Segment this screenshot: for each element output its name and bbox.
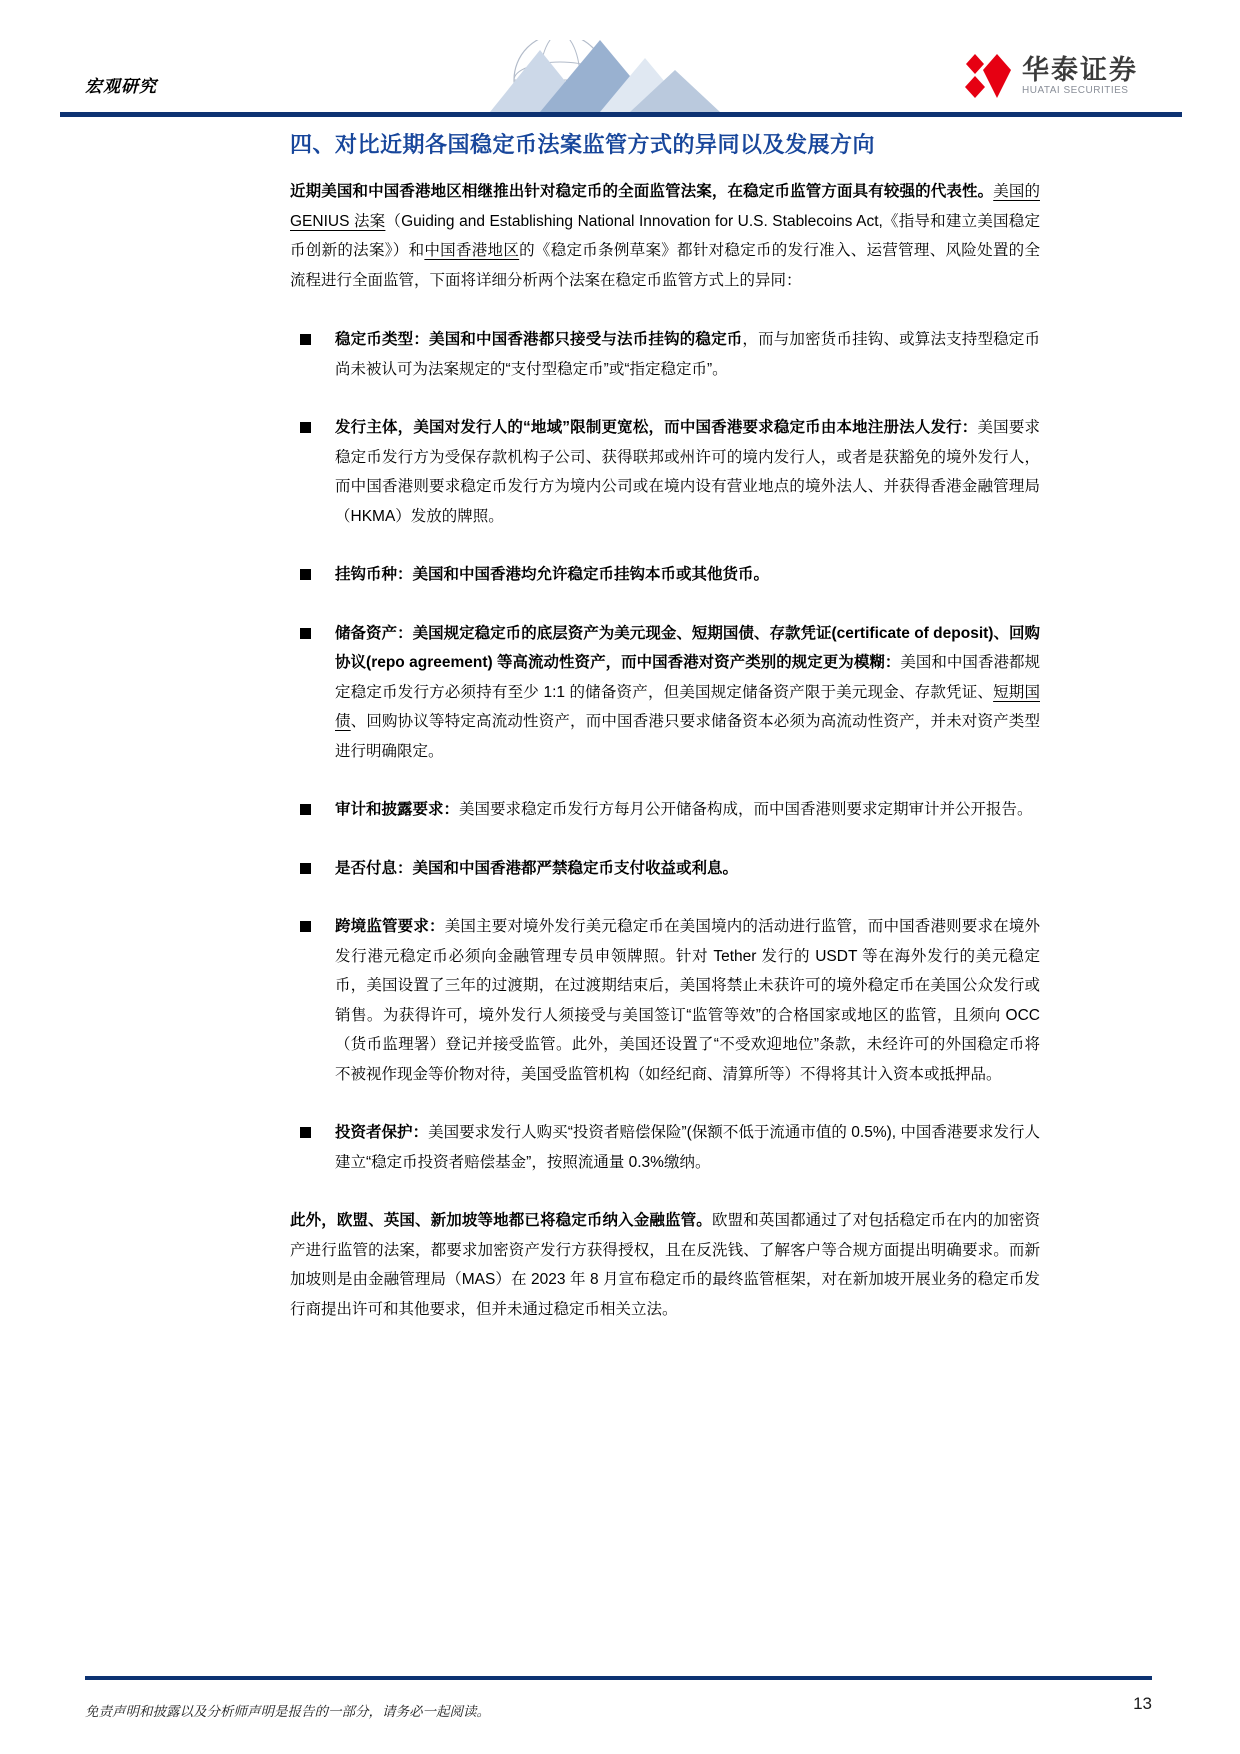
bullet-head: 稳定币类型：美国和中国香港都只接受与法币挂钩的稳定币 xyxy=(335,331,742,348)
closing-lead-bold: 此外，欧盟、英国、新加坡等地都已将稳定币纳入金融监管。 xyxy=(290,1212,712,1229)
intro-lead-bold: 近期美国和中国香港地区相继推出针对稳定币的全面监管法案，在稳定币监管方面具有较强… xyxy=(290,183,993,200)
bullet-head: 审计和披露要求： xyxy=(335,801,459,818)
bullet-square-icon xyxy=(300,628,311,639)
brand-text: 华泰证券 HUATAI SECURITIES xyxy=(1022,56,1138,95)
bullet-body-part2: 、回购协议等特定高流动性资产，而中国香港只要求储备资本必须为高流动性资产，并未对… xyxy=(335,713,1040,760)
closing-paragraph: 此外，欧盟、英国、新加坡等地都已将稳定币纳入金融监管。欧盟和英国都通过了对包括稳… xyxy=(290,1206,1040,1324)
bullet-square-icon xyxy=(300,1127,311,1138)
report-category-label: 宏观研究 xyxy=(85,72,157,97)
bullet-audit-disclosure: 审计和披露要求：美国要求稳定币发行方每月公开储备构成，而中国香港则要求定期审计并… xyxy=(290,795,1040,825)
intro-paragraph: 近期美国和中国香港地区相继推出针对稳定币的全面监管法案，在稳定币监管方面具有较强… xyxy=(290,177,1040,295)
bullet-square-icon xyxy=(300,422,311,433)
bullet-square-icon xyxy=(300,863,311,874)
brand-logo: 华泰证券 HUATAI SECURITIES xyxy=(964,52,1138,100)
header-divider-rule xyxy=(60,112,1182,117)
bullet-square-icon xyxy=(300,804,311,815)
bullet-reserve-assets: 储备资产：美国规定稳定币的底层资产为美元现金、短期国债、存款凭证(certifi… xyxy=(290,619,1040,767)
bullet-issuer: 发行主体，美国对发行人的“地域”限制更宽松，而中国香港要求稳定币由本地注册法人发… xyxy=(290,413,1040,531)
footer-divider-rule xyxy=(85,1676,1152,1680)
page-number: 13 xyxy=(1133,1694,1152,1714)
brand-name-en: HUATAI SECURITIES xyxy=(1022,85,1138,96)
bullet-peg-currency: 挂钩币种：美国和中国香港均允许稳定币挂钩本币或其他货币。 xyxy=(290,560,1040,590)
bullet-investor-protection: 投资者保护：美国要求发行人购买“投资者赔偿保险”(保额不低于流通市值的 0.5%… xyxy=(290,1118,1040,1177)
page-header: 宏观研究 华泰证券 HUATAI SECURITIES xyxy=(0,0,1240,118)
bullet-head: 投资者保护： xyxy=(335,1124,428,1141)
footer-disclaimer: 免责声明和披露以及分析师声明是报告的一部分，请务必一起阅读。 xyxy=(85,1700,490,1720)
comparison-bullet-list: 稳定币类型：美国和中国香港都只接受与法币挂钩的稳定币，而与加密货币挂钩、或算法支… xyxy=(290,325,1040,1177)
page-footer: 免责声明和披露以及分析师声明是报告的一部分，请务必一起阅读。 13 xyxy=(0,1664,1240,1754)
bullet-square-icon xyxy=(300,921,311,932)
globe-watermark-graphic xyxy=(430,40,760,112)
bullet-head: 挂钩币种：美国和中国香港均允许稳定币挂钩本币或其他货币。 xyxy=(335,566,769,583)
bullet-body: 美国要求稳定币发行方每月公开储备构成，而中国香港则要求定期审计并公开报告。 xyxy=(459,801,1033,818)
bullet-square-icon xyxy=(300,569,311,580)
bullet-head: 跨境监管要求： xyxy=(335,918,445,935)
intro-hongkong-underline: 中国香港地区 xyxy=(424,242,519,259)
bullet-head: 是否付息：美国和中国香港都严禁稳定币支付收益或利息。 xyxy=(335,860,738,877)
brand-name-cn: 华泰证券 xyxy=(1022,56,1138,84)
section-title: 四、对比近期各国稳定币法案监管方式的异同以及发展方向 xyxy=(290,128,1040,159)
bullet-stablecoin-type: 稳定币类型：美国和中国香港都只接受与法币挂钩的稳定币，而与加密货币挂钩、或算法支… xyxy=(290,325,1040,384)
bullet-head: 发行主体，美国对发行人的“地域”限制更宽松，而中国香港要求稳定币由本地注册法人发… xyxy=(335,419,977,436)
report-body: 四、对比近期各国稳定币法案监管方式的异同以及发展方向 近期美国和中国香港地区相继… xyxy=(290,128,1040,1324)
huatai-logo-icon xyxy=(964,52,1012,100)
bullet-crossborder-regulation: 跨境监管要求：美国主要对境外发行美元稳定币在美国境内的活动进行监管，而中国香港则… xyxy=(290,912,1040,1089)
bullet-body: 美国主要对境外发行美元稳定币在美国境内的活动进行监管，而中国香港则要求在境外发行… xyxy=(335,918,1040,1083)
bullet-interest-payment: 是否付息：美国和中国香港都严禁稳定币支付收益或利息。 xyxy=(290,854,1040,884)
bullet-body: 美国要求发行人购买“投资者赔偿保险”(保额不低于流通市值的 0.5%), 中国香… xyxy=(335,1124,1040,1171)
bullet-square-icon xyxy=(300,334,311,345)
